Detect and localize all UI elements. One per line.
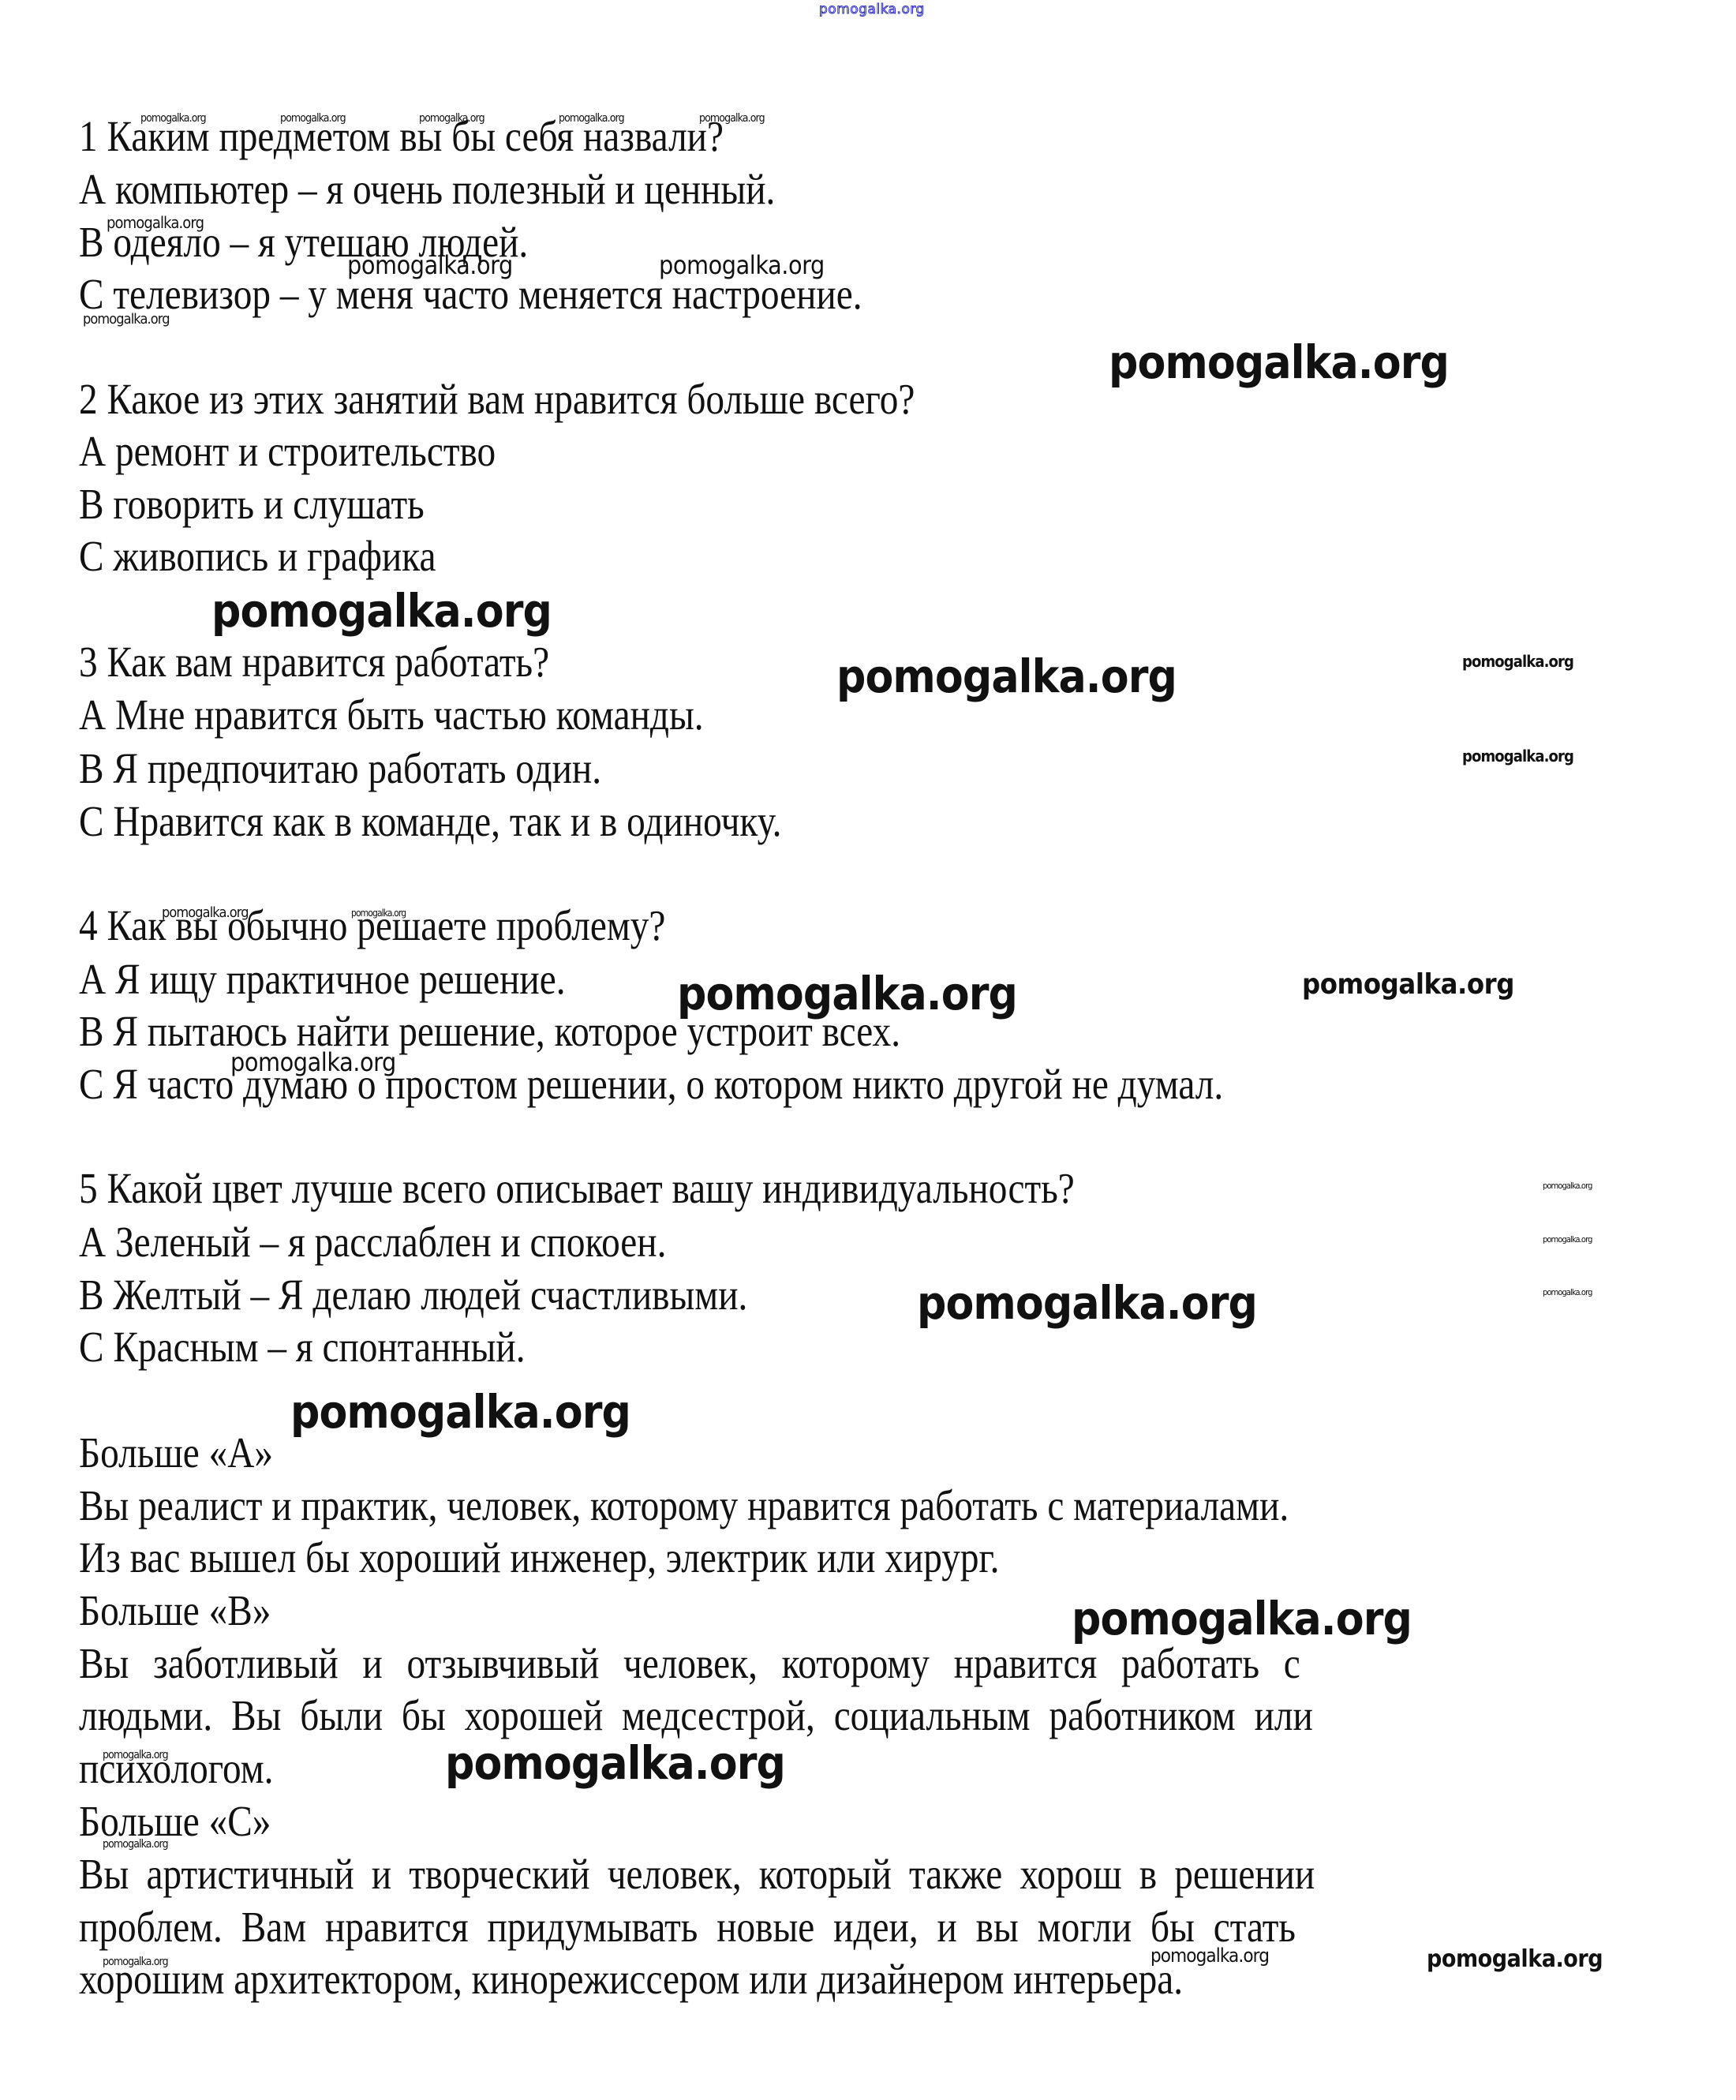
watermark: pomogalka.org [1427, 1948, 1603, 1971]
result-b-line-1: Вы заботливый и отзывчивый человек, кото… [79, 1641, 1300, 1685]
watermark: pomogalka.org [559, 113, 624, 124]
question-3-option-b: В Я предпочитаю работать один. [79, 747, 601, 790]
watermark: pomogalka.org [677, 971, 1017, 1016]
question-5-option-c: С Красным – я спонтанный. [79, 1325, 526, 1368]
result-b-heading: Больше «В» [79, 1589, 271, 1632]
question-3-option-c: С Нравится как в команде, так и в одиноч… [79, 799, 781, 843]
watermark: pomogalka.org [445, 1740, 785, 1786]
document-page: pomogalka.org 1 Каким предметом вы бы се… [0, 0, 1736, 2100]
watermark: pomogalka.org [699, 113, 765, 124]
watermark: pomogalka.org [917, 1280, 1257, 1326]
result-a-heading: Больше «А» [79, 1431, 273, 1474]
result-b-line-2: людьми. Вы были бы хорошей медсестрой, с… [79, 1694, 1313, 1737]
header-watermark[interactable]: pomogalka.org [819, 2, 925, 17]
watermark: pomogalka.org [1462, 748, 1573, 764]
result-c-line-3: хорошим архитектором, кинорежиссером или… [79, 1957, 1183, 2001]
watermark: pomogalka.org [836, 653, 1177, 699]
watermark: pomogalka.org [1150, 1946, 1269, 1965]
result-c-line-2: проблем. Вам нравится придумывать новые … [79, 1905, 1296, 1948]
question-1-option-a: А компьютер – я очень полезный и ценный. [79, 167, 775, 211]
watermark: pomogalka.org [103, 1750, 168, 1761]
watermark: pomogalka.org [351, 908, 406, 918]
watermark: pomogalka.org [1462, 653, 1573, 669]
watermark: pomogalka.org [290, 1389, 630, 1435]
question-2-option-b: В говорить и слушать [79, 482, 425, 526]
question-2-option-a: А ремонт и строительство [79, 429, 496, 473]
question-5-title: 5 Какой цвет лучше всего описывает вашу … [79, 1166, 1075, 1210]
question-2-title: 2 Какое из этих занятий вам нравится бол… [79, 377, 915, 421]
watermark: pomogalka.org [83, 313, 170, 327]
watermark: pomogalka.org [1109, 339, 1449, 385]
watermark: pomogalka.org [659, 253, 825, 278]
result-c-line-1: Вы артистичный и творческий человек, кот… [79, 1852, 1315, 1896]
question-4-option-a: А Я ищу практичное решение. [79, 957, 566, 1001]
watermark: pomogalka.org [347, 253, 513, 278]
watermark: pomogalka.org [1302, 971, 1514, 999]
watermark: pomogalka.org [230, 1050, 396, 1075]
question-2-option-c: С живопись и графика [79, 534, 436, 578]
watermark: pomogalka.org [1543, 1288, 1592, 1297]
result-c-heading: Больше «С» [79, 1799, 271, 1843]
watermark: pomogalka.org [140, 113, 206, 124]
question-5-option-b: В Желтый – Я делаю людей счастливыми. [79, 1273, 747, 1316]
watermark: pomogalka.org [1543, 1235, 1592, 1244]
result-a-line-2: Из вас вышел бы хороший инженер, электри… [79, 1536, 999, 1579]
watermark: pomogalka.org [1072, 1596, 1412, 1641]
watermark: pomogalka.org [419, 113, 485, 124]
question-3-title: 3 Как вам нравится работать? [79, 640, 549, 683]
watermark: pomogalka.org [162, 906, 249, 920]
watermark: pomogalka.org [103, 1839, 168, 1850]
watermark: pomogalka.org [280, 113, 346, 124]
question-3-option-a: А Мне нравится быть частью команды. [79, 693, 704, 736]
watermark: pomogalka.org [107, 215, 204, 230]
watermark: pomogalka.org [211, 588, 552, 634]
result-a-line-1: Вы реалист и практик, человек, которому … [79, 1484, 1289, 1527]
watermark: pomogalka.org [1543, 1181, 1592, 1190]
watermark: pomogalka.org [103, 1956, 168, 1967]
question-5-option-a: А Зеленый – я расслаблен и спокоен. [79, 1220, 666, 1263]
